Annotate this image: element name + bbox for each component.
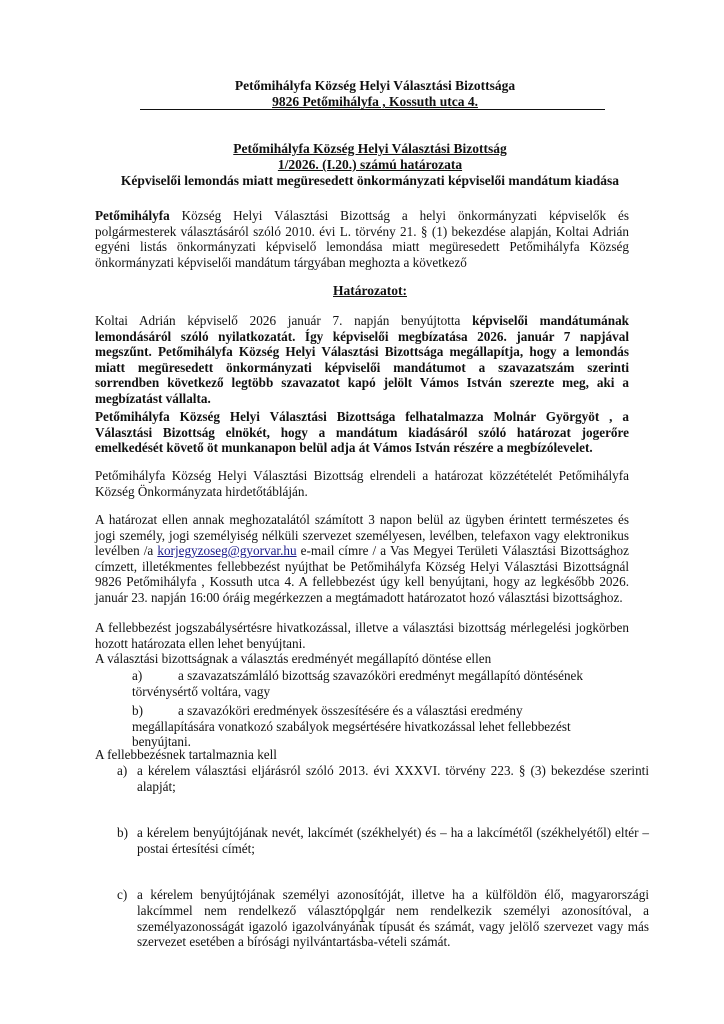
header-rule (140, 109, 605, 110)
decision-paragraph-1: Koltai Adrián képviselő 2026 január 7. n… (95, 313, 629, 407)
grounds-item-text: a szavazóköri eredmények összesítésére é… (132, 703, 571, 749)
content-item-text: a kérelem benyújtójának nevét, lakcímét … (137, 825, 649, 856)
grounds-item-a: a)a szavazatszámláló bizottság szavazókö… (132, 668, 602, 699)
issuer-name: Petőmihályfa Község Helyi Választási Biz… (140, 78, 610, 94)
document-page: Petőmihályfa Község Helyi Választási Biz… (0, 0, 724, 1024)
intro-paragraph: Petőmihályfa Község Helyi Választási Biz… (95, 208, 629, 270)
issuer-address-text: 9826 Petőmihályfa , Kossuth utca 4. (272, 94, 478, 109)
content-item-text: a kérelem benyújtójának személyi azonosí… (137, 887, 649, 949)
decision-heading: Határozatot: (80, 283, 660, 299)
content-item-a: a)a kérelem választási eljárásról szóló … (117, 763, 649, 794)
title-resolution-number: 1/2026. (I.20.) számú határozata (80, 157, 660, 173)
publication-paragraph: Petőmihályfa Község Helyi Választási Biz… (95, 468, 629, 499)
title-committee: Petőmihályfa Község Helyi Választási Biz… (80, 141, 660, 157)
decision-p1-plain: Koltai Adrián képviselő 2026 január 7. n… (95, 313, 472, 328)
content-item-text: a kérelem választási eljárásról szóló 20… (137, 763, 649, 794)
page-number: 1 (352, 911, 372, 927)
decision-paragraph-2: Petőmihályfa Község Helyi Választási Biz… (95, 409, 629, 456)
title-subject: Képviselői lemondás miatt megüresedett ö… (80, 173, 660, 189)
email-link[interactable]: korjegyzoseg@gyorvar.hu (157, 543, 296, 558)
grounds-text-2: A választási bizottságnak a választás er… (95, 651, 629, 667)
issuer-address: 9826 Petőmihályfa , Kossuth utca 4. (140, 94, 610, 110)
content-item-label: b) (117, 825, 128, 841)
content-item-c: c)a kérelem benyújtójának személyi azono… (117, 887, 649, 949)
grounds-item-b: b)a szavazóköri eredmények összesítésére… (132, 703, 602, 750)
intro-text: Község Helyi Választási Bizottság a hely… (95, 208, 629, 270)
grounds-item-label: a) (132, 668, 178, 684)
grounds-item-label: b) (132, 703, 178, 719)
grounds-text-1: A fellebbezést jogszabálysértésre hivatk… (95, 620, 629, 651)
intro-lead: Petőmihályfa (95, 208, 170, 223)
appeal-paragraph: A határozat ellen annak meghozatalától s… (95, 512, 629, 606)
grounds-paragraph: A fellebbezést jogszabálysértésre hivatk… (95, 620, 629, 667)
content-requirements-lead: A fellebbezésnek tartalmaznia kell (95, 747, 629, 763)
content-item-b: b)a kérelem benyújtójának nevét, lakcímé… (117, 825, 649, 856)
content-item-label: a) (117, 763, 127, 779)
content-item-label: c) (117, 887, 127, 903)
grounds-item-text: a szavazatszámláló bizottság szavazóköri… (132, 668, 583, 699)
